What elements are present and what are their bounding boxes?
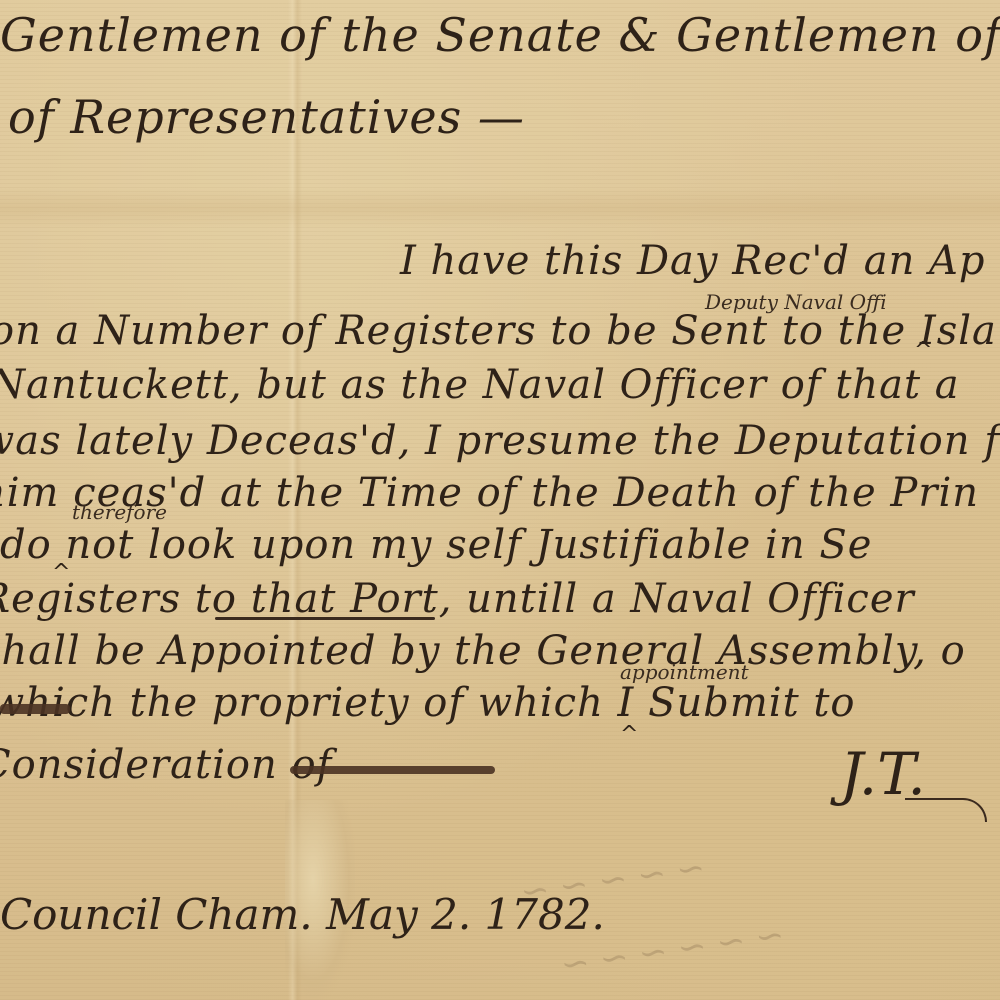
body-line-9: which the propriety of which I Submit to (0, 680, 856, 726)
insertion-caret-icon: ^ (620, 722, 638, 747)
salutation-line-1: Gentlemen of the Senate & Gentlemen of t… (0, 8, 1000, 62)
strikethrough-mark (290, 766, 495, 774)
signature-flourish (905, 798, 987, 822)
horizontal-fold-crease (0, 188, 1000, 228)
interlinear-insertion-therefore: therefore (72, 500, 167, 524)
strikethrough-mark (0, 704, 70, 714)
body-line-10: Consideration of (0, 742, 332, 788)
body-line-4: was lately Deceas'd, I presume the Deput… (0, 418, 1000, 464)
body-line-8: shall be Appointed by the General Assemb… (0, 628, 966, 674)
body-line-7: Registers to that Port, untill a Naval O… (0, 576, 915, 622)
salutation-line-2: of Representatives — (8, 90, 525, 144)
body-line-6: do not look upon my self Justifiable in … (0, 522, 872, 568)
body-line-1: I have this Day Rec'd an Ap (400, 238, 986, 284)
insertion-caret-icon: ^ (914, 338, 932, 363)
body-line-2: on a Number of Registers to be Sent to t… (0, 308, 997, 354)
dateline: Council Cham. May 2. 1782. (0, 890, 605, 939)
underline-mark (215, 617, 435, 620)
body-line-3: Nantuckett, but as the Naval Officer of … (0, 362, 960, 408)
